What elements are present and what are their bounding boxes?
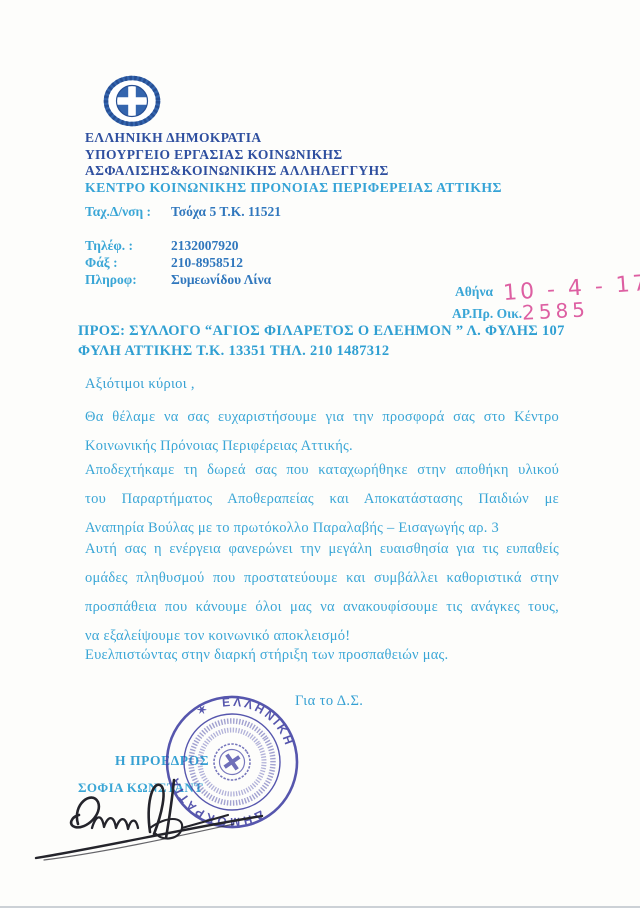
greek-national-emblem-icon (100, 74, 164, 130)
address-label: Ταχ.Δ/νση : (85, 204, 171, 220)
header-line-ministry-2: ΑΣΦΑΛΙΣΗΣ&ΚΟΙΝΩΝΙΚΗΣ ΑΛΛΗΛΕΓΓΥΗΣ (85, 163, 389, 179)
paragraph-4: Ευελπιστώντας στην διαρκή στήριξη των πρ… (85, 641, 559, 670)
scanned-letter-page: ΕΛΛΗΝΙΚΗ ΔΗΜΟΚΡΑΤΙΑ ΥΠΟΥΡΓΕΙΟ ΕΡΓΑΣΙΑΣ Κ… (0, 0, 640, 908)
contact-row-address: Ταχ.Δ/νση : Τσόχα 5 Τ.Κ. 11521 (85, 204, 281, 220)
header-line-republic: ΕΛΛΗΝΙΚΗ ΔΗΜΟΚΡΑΤΙΑ (85, 130, 262, 146)
phone-label: Τηλέφ. : (85, 238, 171, 254)
address-value: Τσόχα 5 Τ.Κ. 11521 (171, 204, 281, 220)
body-line: προσπάθεια που κάνουμε όλοι μας να ανακο… (85, 593, 559, 622)
protocol-label: ΑΡ.Πρ. Οικ. (452, 306, 522, 322)
contact-row-info: Πληροφ: Συμεωνίδου Λίνα (85, 272, 271, 288)
header-line-ministry: ΥΠΟΥΡΓΕΙΟ ΕΡΓΑΣΙΑΣ ΚΟΙΝΩΝΙΚΗΣ (85, 147, 343, 163)
header-line-organization: ΚΕΝΤΡΟ ΚΟΙΝΩΝΙΚΗΣ ΠΡΟΝΟΙΑΣ ΠΕΡΙΦΕΡΕΙΑΣ Α… (85, 180, 502, 196)
handwritten-signature (28, 770, 268, 870)
contact-row-fax: Φάξ : 210-8958512 (85, 255, 243, 271)
body-line: του Παραρτήματος Αποθεραπείας και Αποκατ… (85, 485, 559, 514)
salutation: Αξιότιμοι κύριοι , (85, 376, 195, 393)
paragraph-2: Αποδεχτήκαμε τη δωρεά σας που καταχωρήθη… (85, 456, 559, 543)
phone-value: 2132007920 (171, 238, 239, 254)
fax-label: Φάξ : (85, 255, 171, 271)
stamp-star: ✶ (193, 699, 213, 720)
body-line: Θα θέλαμε να σας ευχαριστήσουμε για την … (85, 403, 559, 432)
body-line: Ευελπιστώντας στην διαρκή στήριξη των πρ… (85, 641, 559, 670)
recipient-line-2: ΦΥΛΗ ΑΤΤΙΚΗΣ Τ.Κ. 13351 ΤΗΛ. 210 1487312 (78, 341, 389, 361)
fax-value: 210-8958512 (171, 255, 243, 271)
contact-row-phone: Τηλέφ. : 2132007920 (85, 238, 239, 254)
body-line: ομάδες πληθυσμού που προστατεύουμε και σ… (85, 564, 559, 593)
recipient-line-1: ΠΡΟΣ: ΣΥΛΛΟΓΟ “ΑΓΙΟΣ ΦΙΛΑΡΕΤΟΣ Ο ΕΛΕΗΜΟΝ… (78, 321, 565, 341)
body-line: Αυτή σας η ενέργεια φανερώνει την μεγάλη… (85, 535, 559, 564)
paragraph-1: Θα θέλαμε να σας ευχαριστήσουμε για την … (85, 403, 559, 461)
info-label: Πληροφ: (85, 272, 171, 288)
city-label: Αθήνα (455, 284, 493, 300)
info-value: Συμεωνίδου Λίνα (171, 272, 271, 288)
body-line: Αποδεχτήκαμε τη δωρεά σας που καταχωρήθη… (85, 456, 559, 485)
paragraph-3: Αυτή σας η ενέργεια φανερώνει την μεγάλη… (85, 535, 559, 651)
